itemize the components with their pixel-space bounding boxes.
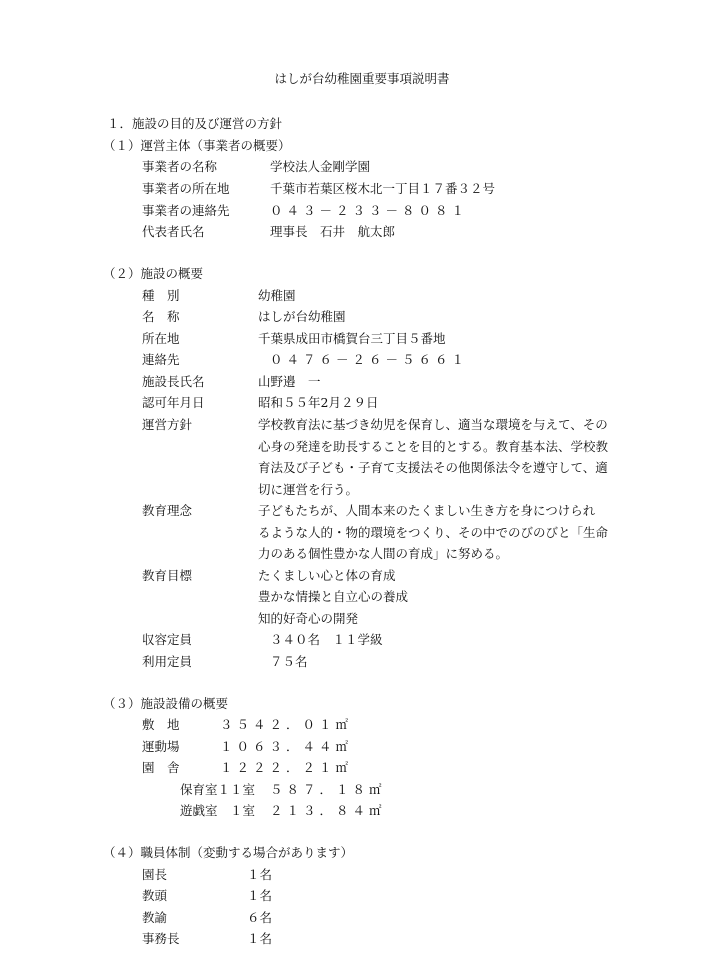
facility-value: ０４７６－２６－５６６１ — [270, 352, 468, 368]
staff-heading: （４）職員体制（変動する場合があります） — [103, 845, 353, 861]
operator-value: 理事長 石井 航太郎 — [270, 224, 395, 240]
staff-label: 園長 — [142, 867, 167, 883]
equipment-label: 敷 地 — [142, 717, 180, 733]
operator-label: 事業者の名称 — [142, 159, 217, 175]
operator-label: 代表者氏名 — [142, 224, 205, 240]
goal-line: たくましい心と体の育成 — [258, 568, 396, 584]
goal-line: 知的好奇心の開発 — [258, 611, 358, 627]
operator-label: 事業者の所在地 — [142, 181, 230, 197]
equipment-value: ３５４２．０１㎡ — [220, 717, 352, 733]
facility-heading: （２）施設の概要 — [103, 266, 203, 282]
facility-value: ７５名 — [270, 654, 308, 670]
equipment-heading: （３）施設設備の概要 — [103, 696, 228, 712]
facility-value: はしが台幼稚園 — [258, 309, 346, 325]
policy-line: 育法及び子ども・子育て支援法その他関係法令を遵守して、適 — [258, 460, 608, 476]
facility-label: 教育理念 — [142, 503, 192, 519]
staff-value: ６名 — [247, 910, 272, 926]
facility-label: 所在地 — [142, 331, 180, 347]
facility-label: 名 称 — [142, 309, 180, 325]
staff-label: 教諭 — [142, 910, 167, 926]
equipment-value: １２２２．２１㎡ — [220, 760, 352, 776]
equipment-sub-label: 保育室１１室 — [180, 782, 255, 798]
facility-label: 運営方針 — [142, 417, 192, 433]
facility-label: 利用定員 — [142, 654, 192, 670]
equipment-value: １０６３．４４㎡ — [220, 739, 352, 755]
equipment-label: 運動場 — [142, 739, 180, 755]
facility-value: 千葉県成田市橋賀台三丁目５番地 — [258, 331, 446, 347]
policy-line: 心身の発達を助長することを目的とする。教育基本法、学校教 — [258, 439, 608, 455]
operator-label: 事業者の連絡先 — [142, 203, 230, 219]
facility-label: 連絡先 — [142, 352, 180, 368]
policy-line: 切に運営を行う。 — [258, 482, 358, 498]
philosophy-line: 力のある個性豊かな人間の育成」に努める。 — [258, 546, 508, 562]
staff-value: １名 — [247, 888, 272, 904]
equipment-sub-value: ２１３．８４㎡ — [270, 803, 386, 819]
facility-label: 施設長氏名 — [142, 374, 205, 390]
facility-label: 種 別 — [142, 288, 180, 304]
facility-label: 認可年月日 — [142, 395, 205, 411]
operator-value: ０４３－２３３－８０８１ — [270, 203, 468, 219]
operator-heading: （１）運営主体（事業者の概要） — [103, 138, 291, 154]
staff-label: 教頭 — [142, 888, 167, 904]
equipment-sub-label: 遊戯室 １室 — [180, 803, 255, 819]
facility-value: 昭和５５年2月２９日 — [258, 395, 378, 411]
document-title: はしが台幼稚園重要事項説明書 — [0, 71, 724, 87]
philosophy-line: 子どもたちが、人間本来のたくましい生き方を身につけられ — [258, 503, 595, 519]
facility-label: 収容定員 — [142, 632, 192, 648]
equipment-label: 園 舎 — [142, 760, 180, 776]
operator-value: 千葉市若葉区桜木北一丁目１７番３２号 — [270, 181, 495, 197]
facility-value: ３４０名 １１学級 — [270, 632, 383, 648]
facility-value: 山野邉 一 — [258, 374, 321, 390]
goal-line: 豊かな情操と自立心の養成 — [258, 589, 408, 605]
philosophy-line: るような人的・物的環境をつくり、その中でのびのびと「生命 — [258, 525, 608, 541]
staff-label: 事務長 — [142, 931, 180, 947]
staff-value: １名 — [247, 867, 272, 883]
facility-label: 教育目標 — [142, 568, 192, 584]
operator-value: 学校法人金剛学園 — [270, 159, 370, 175]
facility-value: 幼稚園 — [258, 288, 296, 304]
section-1-heading: １．施設の目的及び運営の方針 — [107, 116, 282, 132]
equipment-sub-value: ５８７．１８㎡ — [270, 782, 386, 798]
policy-line: 学校教育法に基づき幼児を保育し、適当な環境を与えて、その — [258, 417, 608, 433]
staff-value: １名 — [247, 931, 272, 947]
